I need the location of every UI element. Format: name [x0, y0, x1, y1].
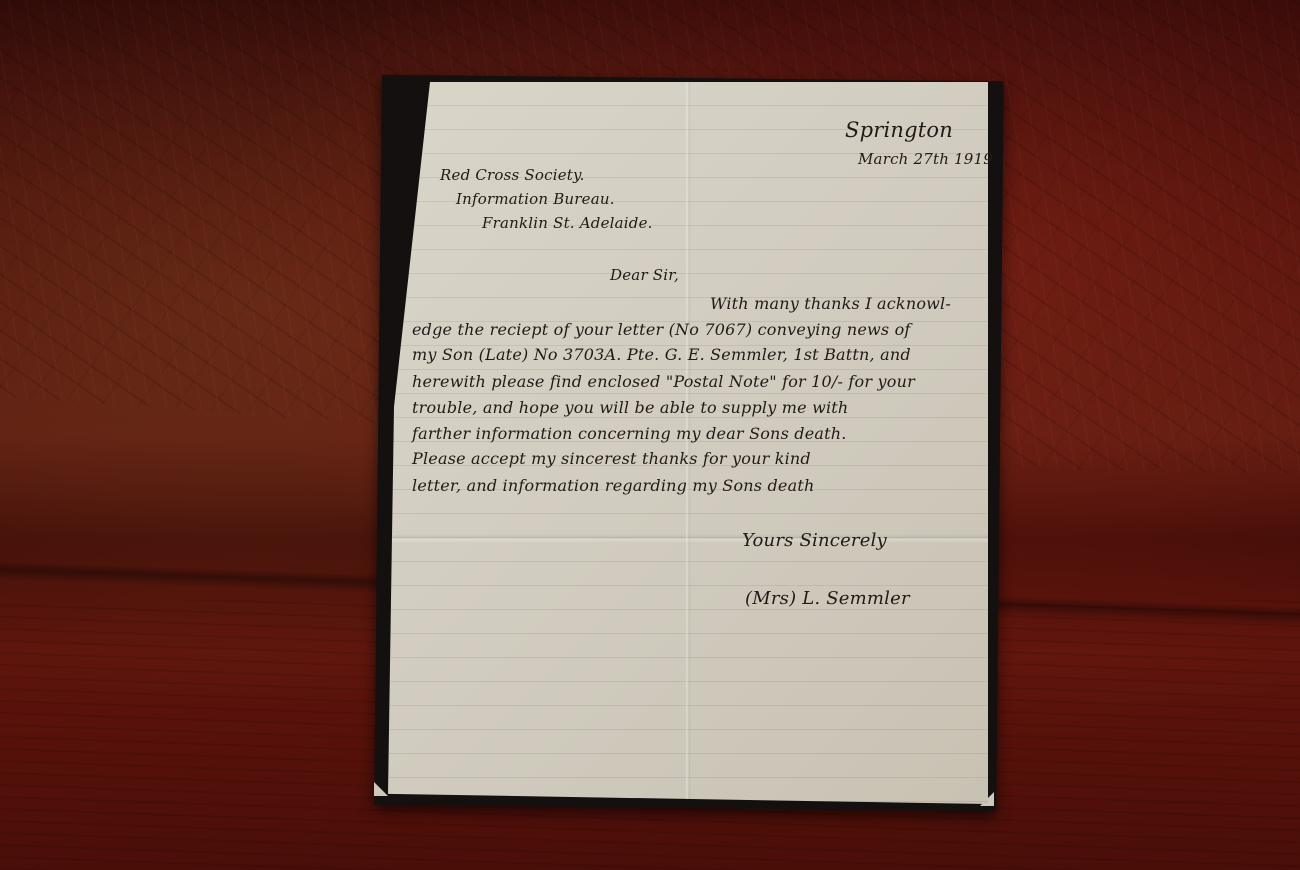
address-line: Red Cross Society.	[440, 166, 585, 184]
signature: (Mrs) L. Semmler	[745, 588, 910, 609]
body-line: farther information concerning my dear S…	[412, 424, 847, 443]
body-line: With many thanks I acknowl-	[710, 294, 951, 313]
salutation: Dear Sir,	[610, 266, 679, 284]
body-line: Please accept my sincerest thanks for yo…	[412, 449, 811, 468]
address-line: Information Bureau.	[456, 190, 615, 208]
address-line: Franklin St. Adelaide.	[482, 214, 653, 232]
body-line: letter, and information regarding my Son…	[412, 476, 814, 495]
body-line: trouble, and hope you will be able to su…	[412, 398, 848, 417]
closing: Yours Sincerely	[742, 530, 887, 551]
body-line: edge the reciept of your letter (No 7067…	[412, 320, 911, 339]
body-line: my Son (Late) No 3703A. Pte. G. E. Semml…	[412, 345, 911, 364]
body-line: herewith please find enclosed "Postal No…	[412, 372, 915, 391]
letter-place: Springton	[845, 118, 953, 142]
letter-date: March 27th 1919	[858, 150, 993, 168]
